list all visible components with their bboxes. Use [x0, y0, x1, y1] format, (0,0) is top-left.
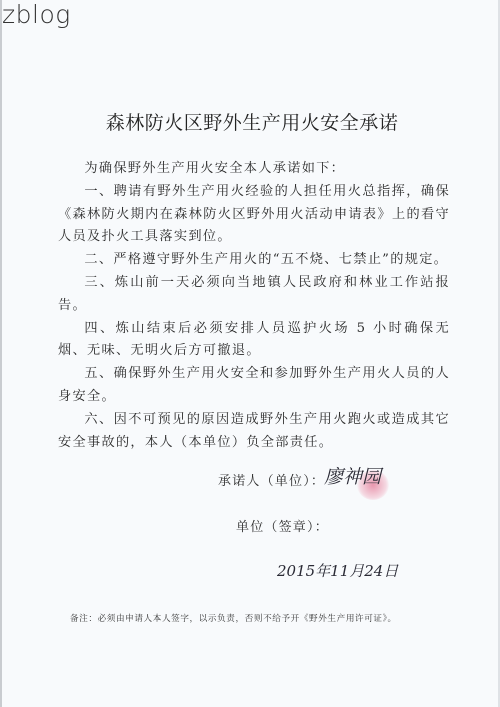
clause-1: 一、聘请有野外生产用火经验的人担任用火总指挥，确保《森林防火期内在森林防火区野外…: [58, 181, 450, 249]
unit-seal-label: 单位（签章）：: [236, 516, 329, 535]
clause-5: 五、确保野外生产用火安全和参加野外生产用火人员的人身安全。: [58, 363, 450, 409]
clause-6: 六、因不可预见的原因造成野外生产用火跑火或造成其它安全事故的，本人（本单位）负全…: [58, 409, 450, 455]
promisor-label: 承诺人（单位）：: [218, 470, 325, 489]
document-title: 森林防火区野外生产用火安全承诺: [2, 108, 500, 135]
document-body: 为确保野外生产用火安全本人承诺如下： 一、聘请有野外生产用火经验的人担任用火总指…: [58, 158, 450, 454]
clause-3: 三、炼山前一天必须向当地镇人民政府和林业工作站报告。: [58, 272, 450, 318]
document-page: zblog 森林防火区野外生产用火安全承诺 为确保野外生产用火安全本人承诺如下：…: [0, 0, 500, 707]
footnote: 备注：必须由申请人本人签字，以示负责，否则不给予开《野外生产用许可证》。: [70, 612, 397, 624]
clause-2: 二、严格遵守野外生产用火的“五不烧、七禁止”的规定。: [58, 249, 450, 272]
promisor-signature: 廖神园: [324, 462, 381, 489]
intro-paragraph: 为确保野外生产用火安全本人承诺如下：: [58, 158, 450, 181]
handwritten-date: 2015年11月24日: [277, 560, 398, 581]
watermark: zblog: [2, 2, 71, 28]
clause-4: 四、炼山结束后必须安排人员巡护火场 5 小时确保无烟、无味、无明火后方可撤退。: [58, 318, 450, 364]
